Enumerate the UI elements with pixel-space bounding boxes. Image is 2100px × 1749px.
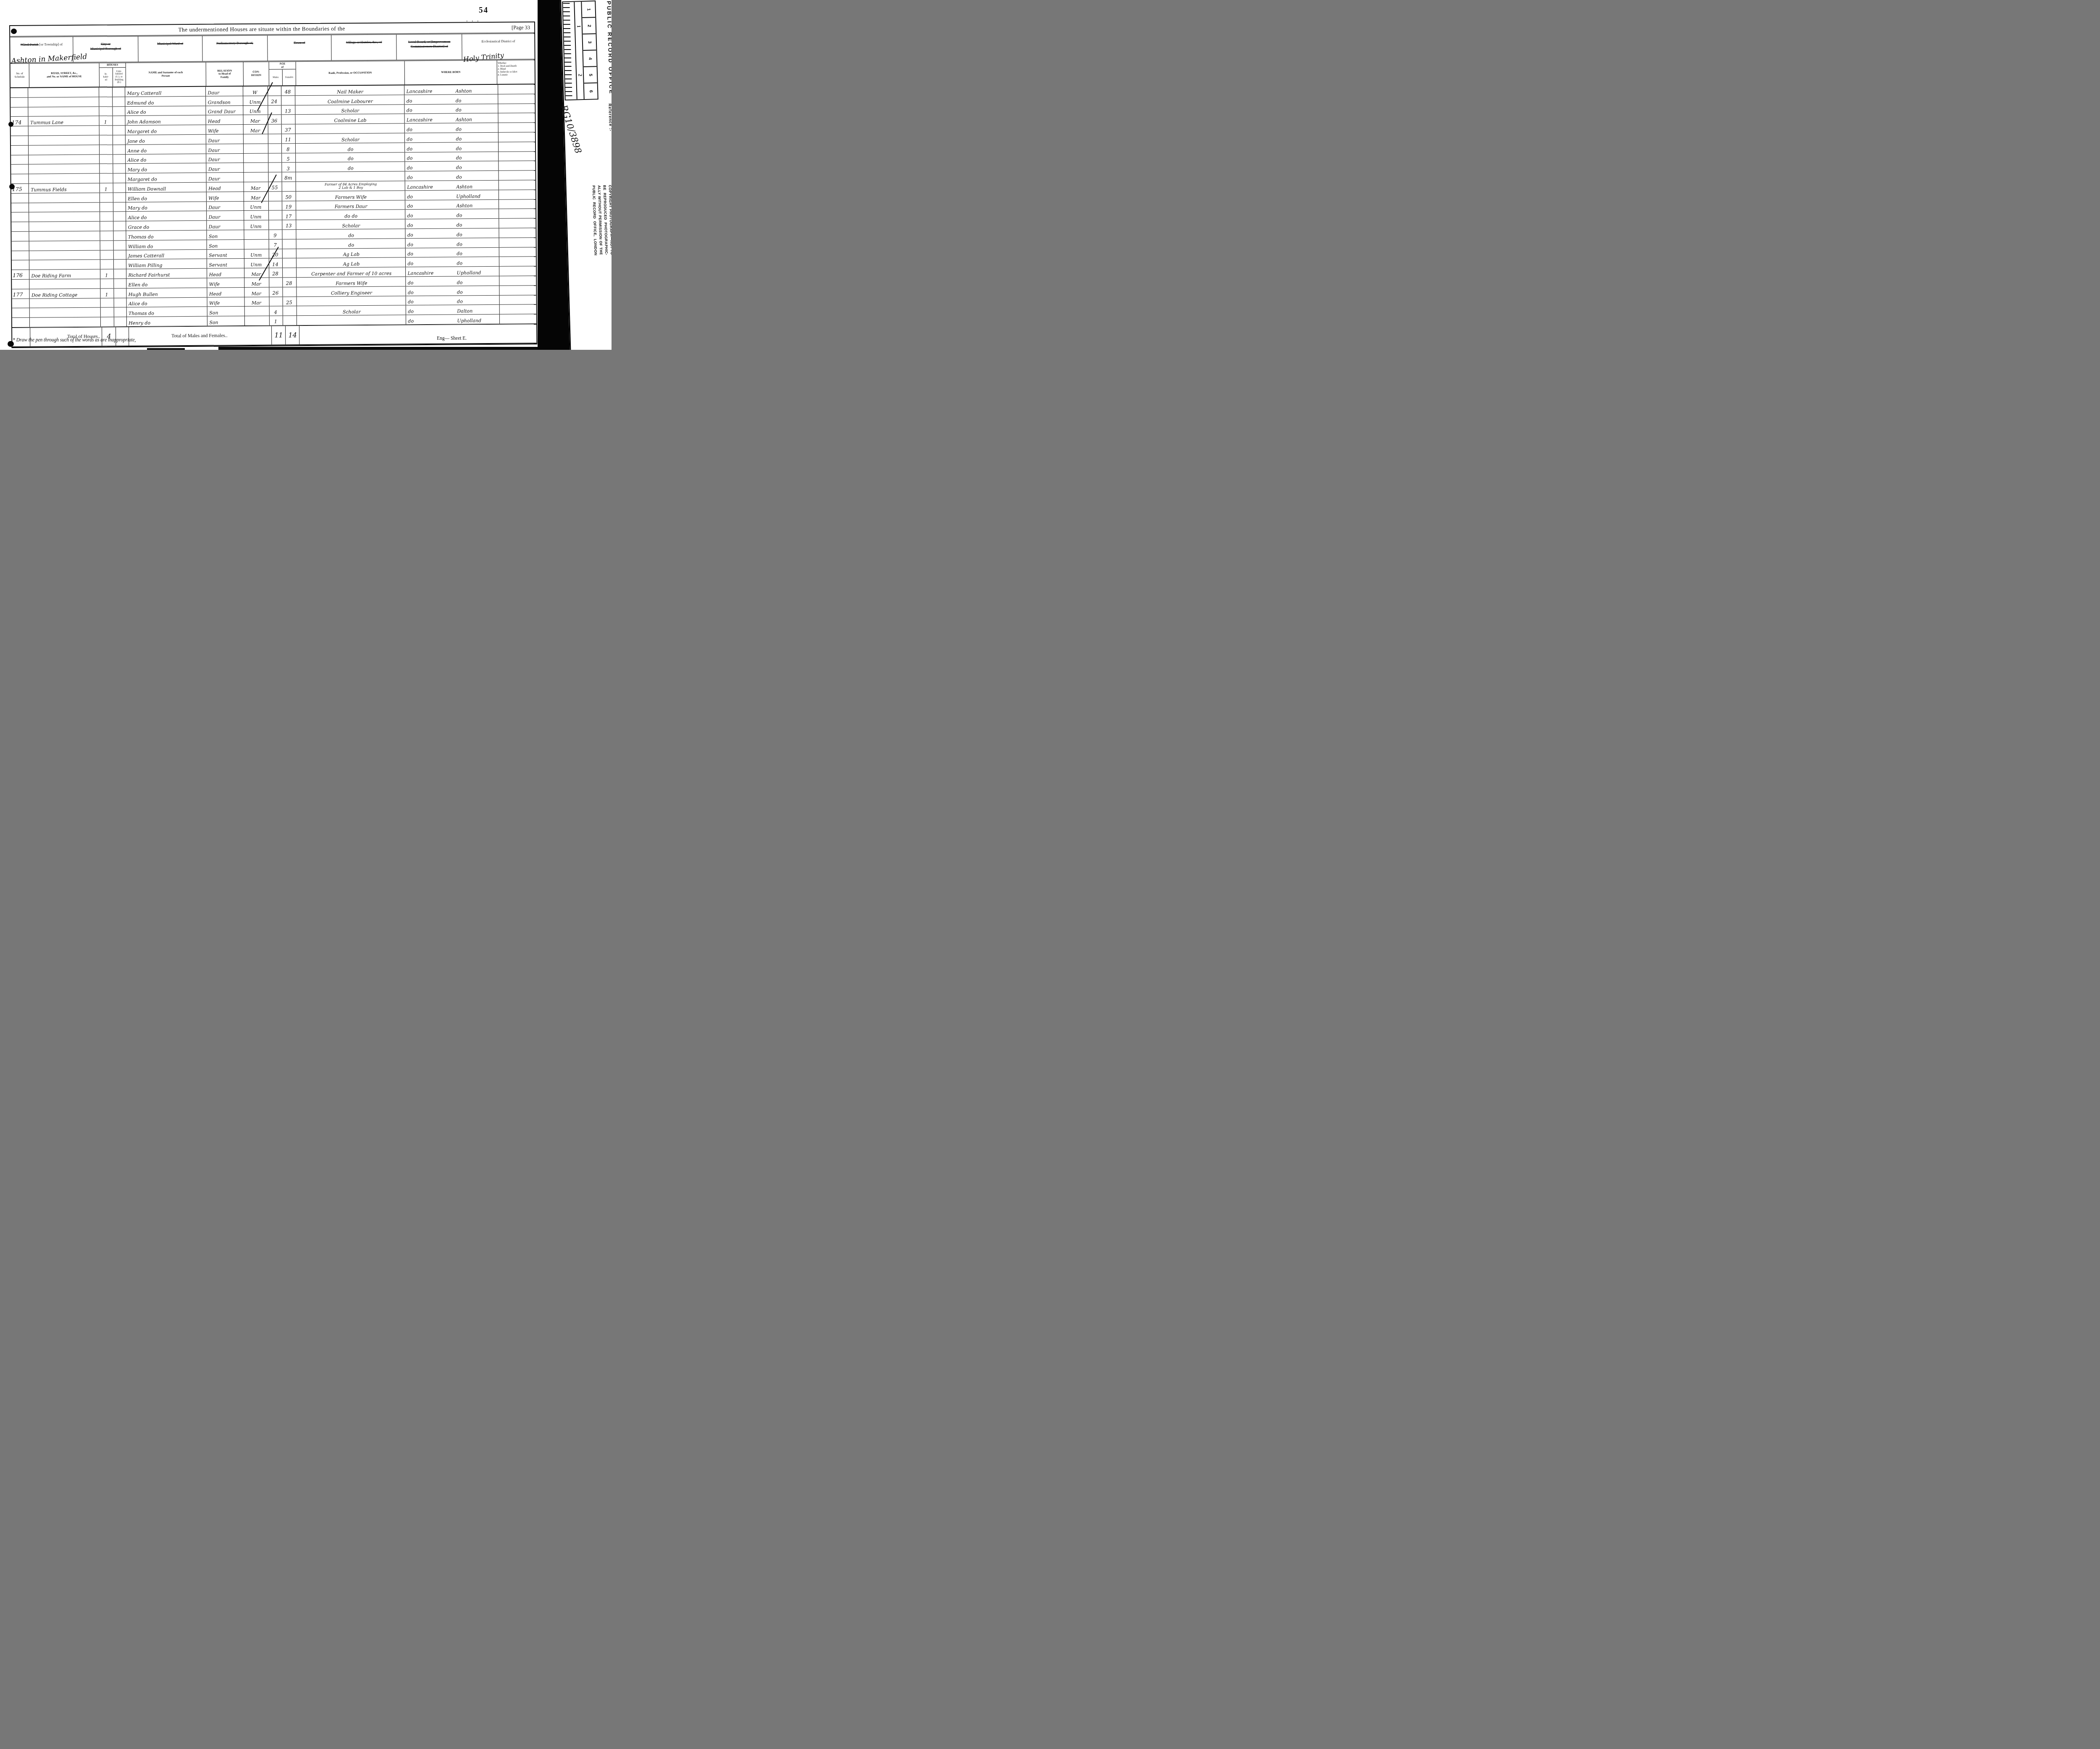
- cell-age_female: 13: [282, 220, 296, 229]
- cell-condition: Mar: [244, 287, 269, 296]
- cell-age_male: [269, 201, 283, 210]
- cell-born_place: Upholland: [452, 267, 499, 276]
- cell-disability: [499, 314, 537, 323]
- cell-uninhabited: [114, 231, 126, 240]
- cell-born_county: do: [406, 296, 453, 305]
- cell-name: Alice do: [126, 211, 207, 221]
- cell-inhabited: 1: [100, 183, 114, 192]
- cell-age_female: [281, 96, 295, 105]
- cell-relation: Servant: [207, 259, 244, 268]
- cell-born_place: do: [451, 142, 498, 152]
- cell-name: Alice do: [126, 106, 206, 115]
- cell-uninhabited: [113, 155, 126, 164]
- field-town: Town of: [268, 35, 332, 61]
- cell-schedule: [12, 260, 30, 270]
- cell-relation: Grand Daur: [206, 106, 244, 115]
- cell-born_place: do: [452, 238, 499, 248]
- cell-age_male: [268, 134, 282, 143]
- col-age-group: AGE of Males Females: [269, 62, 296, 85]
- cell-road: [29, 126, 100, 136]
- cell-occupation: [296, 172, 405, 182]
- col-uninhabited: Unin- habited (U.), or Building (B.): [113, 68, 125, 87]
- col-houses-title: HOUSES: [100, 63, 125, 68]
- cell-born_place: do: [452, 257, 499, 267]
- cell-condition: [244, 173, 269, 182]
- col-age-females: Females: [283, 69, 296, 85]
- cell-born_county: do: [406, 229, 452, 239]
- cell-born_county: do: [406, 238, 452, 248]
- cell-condition: Unm: [244, 249, 269, 258]
- civil-parish-label: [or Township] of: [39, 42, 63, 46]
- village-label-struck: Village or Hamlet, &c., of: [346, 40, 382, 45]
- totals-uninhabited-cell: [116, 327, 129, 346]
- cell-born_county: Lancashire: [405, 114, 451, 123]
- cell-schedule: [11, 193, 29, 202]
- cell-name: Margaret do: [126, 173, 207, 183]
- scan-speck: [8, 122, 13, 127]
- cell-occupation: do: [296, 143, 405, 153]
- cell-schedule: [11, 232, 29, 241]
- cell-born_county: Lancashire: [406, 267, 452, 277]
- cell-inhabited: [100, 164, 113, 173]
- cell-uninhabited: [113, 145, 126, 154]
- cell-born_county: do: [405, 171, 452, 181]
- cell-road: Doe Riding Farm: [29, 270, 100, 279]
- cell-occupation: Scholar: [296, 220, 406, 230]
- cell-age_female: 8: [282, 144, 296, 153]
- cell-road: [29, 193, 100, 202]
- cell-age_female: [283, 230, 297, 239]
- cell-born_place: do: [452, 209, 499, 219]
- ruler-cell: 2: [582, 18, 596, 34]
- cell-uninhabited: [114, 269, 126, 278]
- cell-name: Henry do: [127, 317, 207, 326]
- cell-inhabited: [100, 155, 113, 164]
- cell-inhabited: [100, 202, 114, 212]
- cell-born_place: Ashton: [451, 113, 498, 123]
- cell-name: William Downall: [126, 183, 207, 192]
- cell-condition: [244, 230, 269, 239]
- cell-road: [29, 155, 100, 164]
- cell-born_county: do: [406, 248, 452, 257]
- cell-inhabited: [100, 279, 114, 288]
- cell-relation: Head: [207, 182, 244, 191]
- cell-uninhabited: [113, 202, 126, 212]
- cell-schedule: [11, 174, 29, 184]
- cell-disability: [498, 84, 535, 94]
- field-village: Village or Hamlet, &c., of: [332, 35, 397, 60]
- total-females-value: 14: [286, 326, 299, 344]
- cell-inhabited: 1: [100, 288, 114, 298]
- cell-disability: [498, 94, 535, 103]
- cell-occupation: Ag Lab: [296, 248, 406, 258]
- cell-schedule: [12, 318, 30, 327]
- cell-condition: Unm: [243, 105, 268, 115]
- cell-uninhabited: [113, 164, 126, 173]
- cell-occupation: Nail Maker: [295, 85, 405, 95]
- col-name: NAME and Surname of each Person: [126, 63, 206, 87]
- cell-relation: Son: [207, 316, 245, 325]
- col-schedule: No. of Schedule: [10, 64, 29, 87]
- cell-born_place: do: [451, 123, 498, 133]
- cell-inhabited: 1: [100, 269, 114, 278]
- film-streak: [218, 347, 538, 350]
- cell-age_female: 5: [282, 153, 296, 163]
- cell-disability: [499, 209, 536, 218]
- cell-occupation: do: [296, 229, 406, 239]
- cell-condition: [245, 307, 270, 316]
- cell-road: [29, 231, 100, 241]
- cell-inhabited: [100, 193, 114, 202]
- cell-age_female: [283, 268, 297, 277]
- copyright-notice: COPYRIGHT PHOTOGRAPH—NOT TO BE REPRODUCE…: [591, 185, 612, 255]
- cell-inhabited: [100, 135, 113, 144]
- cell-born_county: do: [405, 133, 451, 143]
- cell-schedule: [10, 88, 29, 97]
- cell-uninhabited: [114, 241, 126, 250]
- cell-condition: Mar: [244, 278, 269, 287]
- cell-inhabited: [100, 221, 114, 231]
- cell-condition: Mar: [244, 115, 268, 124]
- cell-disability: [499, 228, 536, 237]
- cell-born_county: do: [405, 162, 452, 171]
- cell-age_male: [268, 163, 282, 172]
- cell-occupation: Farmer of 84 Acres Employing 2 Lab & 1 B…: [296, 181, 405, 191]
- cell-born_place: do: [453, 286, 499, 296]
- cell-occupation: Coalmine Lab: [295, 114, 405, 124]
- census-table-body: Mary CatterallDaurW48Nail MakerLancashir…: [10, 84, 536, 328]
- cell-uninhabited: [113, 87, 125, 97]
- col-condition: CON- DITION: [244, 62, 269, 86]
- cell-name: Mary Catterall: [125, 87, 206, 97]
- cell-age_female: 17: [282, 211, 296, 220]
- cell-road: [30, 298, 101, 308]
- cell-relation: Daur: [207, 211, 244, 220]
- cell-age_male: [268, 153, 282, 163]
- cell-disability: [499, 257, 536, 266]
- cell-name: Edmund do: [125, 97, 206, 106]
- ruler-cell-number: 6: [588, 90, 593, 92]
- cell-road: Tummus Fields: [29, 183, 100, 193]
- cell-relation: Servant: [207, 249, 244, 259]
- cell-uninhabited: [114, 221, 126, 231]
- cell-occupation: do: [296, 152, 405, 163]
- cell-schedule: [11, 126, 29, 136]
- cell-occupation: [295, 124, 405, 134]
- cell-born_county: do: [405, 210, 452, 219]
- cell-occupation: Scholar: [295, 133, 405, 143]
- cell-age_female: 25: [283, 297, 297, 306]
- cell-road: [29, 222, 100, 231]
- cell-occupation: [297, 296, 406, 306]
- cell-name: John Adamson: [126, 115, 206, 125]
- cell-name: William do: [126, 240, 207, 249]
- cell-schedule: [10, 107, 29, 116]
- cell-disability: [499, 180, 536, 189]
- cell-disability: [498, 142, 535, 151]
- col-where-born: WHERE BORN: [404, 60, 497, 85]
- ruler-cell-number: 2: [586, 24, 591, 27]
- page-label: [Page 33: [512, 24, 533, 31]
- cell-name: Anne do: [126, 144, 206, 154]
- cell-schedule: [11, 212, 29, 222]
- ruler-cell: 6: [584, 83, 598, 99]
- cell-age_female: [282, 182, 296, 191]
- total-males-females-label: Total of Males and Females..: [129, 326, 272, 346]
- cell-age_male: 26: [269, 287, 283, 296]
- cell-occupation: Farmers Wife: [297, 277, 406, 287]
- cell-disability: [499, 152, 536, 161]
- cell-born_county: Lancashire: [404, 85, 451, 95]
- cell-road: [29, 241, 100, 250]
- cell-name: Ellen do: [126, 192, 207, 202]
- total-males-value: 11: [272, 326, 286, 344]
- cell-age_female: 19: [282, 201, 296, 210]
- cell-occupation: [297, 315, 406, 325]
- cell-schedule: [12, 308, 30, 317]
- ruler-cell: 3: [583, 34, 596, 51]
- local-board-label-struck: Local Board, or [Improvement Commissione…: [408, 40, 451, 48]
- cell-inhabited: [99, 87, 113, 97]
- cell-age_male: [268, 105, 282, 115]
- cell-name: Mary do: [126, 202, 207, 211]
- cell-age_male: [268, 125, 282, 134]
- cell-age_female: 50: [282, 191, 296, 201]
- cell-road: [30, 279, 101, 288]
- cell-relation: Son: [207, 230, 244, 239]
- cell-age_male: 9: [269, 230, 283, 239]
- scan-speck: [9, 184, 15, 189]
- cell-relation: Wife: [207, 192, 244, 201]
- cell-road: [29, 145, 100, 155]
- ruler-cell-number: 4: [587, 57, 592, 60]
- eccl-district-label: Ecclesiastical District of: [481, 39, 515, 44]
- cell-age_female: [283, 249, 297, 258]
- cell-inhabited: [101, 308, 115, 317]
- pro-office-label: PUBLIC RECORD OFFICE: [606, 1, 612, 95]
- cell-age_male: 4: [269, 307, 283, 316]
- cell-road: [29, 250, 100, 260]
- cell-inhabited: [99, 107, 113, 116]
- cell-condition: Mar: [245, 297, 270, 306]
- ruler-cell-number: 1: [586, 8, 591, 10]
- cell-born_county: do: [405, 152, 452, 162]
- cell-uninhabited: [113, 183, 126, 192]
- cell-name: Richard Fairhurst: [126, 269, 207, 278]
- cell-born_county: do: [406, 286, 453, 296]
- cell-age_male: [269, 297, 283, 306]
- cell-age_male: [268, 144, 282, 153]
- cell-age_male: [269, 211, 283, 220]
- cell-age_female: 37: [282, 124, 296, 134]
- field-local-board: Local Board, or [Improvement Commissione…: [396, 34, 462, 60]
- cell-age_female: 3: [282, 163, 296, 172]
- cell-relation: Head: [206, 115, 244, 125]
- cell-uninhabited: [114, 307, 127, 317]
- cell-name: Thomas do: [127, 307, 207, 317]
- cell-condition: W: [243, 87, 268, 96]
- cell-uninhabited: [114, 260, 126, 269]
- form-title: The undermentioned Houses are situate wi…: [12, 24, 512, 34]
- cell-schedule: [10, 97, 29, 107]
- cell-born_place: Dalton: [453, 305, 499, 315]
- cell-name: William Pilling: [126, 259, 207, 269]
- cell-uninhabited: [114, 288, 127, 298]
- scan-speck: [11, 29, 17, 34]
- ruler-cell: 1: [582, 1, 595, 18]
- cell-road: [29, 164, 100, 174]
- cell-age_female: [283, 307, 297, 316]
- cell-age_female: [283, 259, 297, 268]
- cell-born_place: Upholland: [453, 315, 499, 324]
- cell-occupation: do do: [296, 210, 406, 220]
- cell-disability: [499, 190, 536, 199]
- cell-relation: Daur: [206, 87, 243, 96]
- cell-born_place: do: [453, 276, 499, 286]
- cell-road: [30, 308, 101, 317]
- cell-schedule: [11, 136, 29, 145]
- cell-condition: Unm: [244, 211, 269, 220]
- cell-born_place: do: [452, 152, 499, 161]
- scale-ruler: 12 123456: [562, 0, 598, 100]
- cell-schedule: [11, 155, 29, 164]
- cell-born_county: do: [406, 219, 452, 229]
- cell-born_county: do: [406, 315, 453, 325]
- totals-schedule-cell: [12, 328, 30, 346]
- scan-speck: [8, 341, 14, 347]
- cell-disability: [499, 170, 536, 180]
- cell-road: [29, 107, 100, 116]
- cell-uninhabited: [114, 298, 127, 307]
- cell-occupation: Farmers Daur: [296, 200, 406, 210]
- cell-uninhabited: [113, 193, 126, 202]
- col-age-title: AGE of: [269, 62, 296, 70]
- cell-condition: [244, 144, 268, 153]
- cell-born_county: do: [406, 305, 453, 315]
- cell-uninhabited: [113, 212, 126, 221]
- cell-disability: [498, 132, 535, 142]
- cell-age_male: [269, 220, 283, 230]
- cell-relation: Son: [207, 240, 244, 249]
- ruler-cells: 123456: [582, 1, 597, 99]
- cell-road: Doe Riding Cottage: [30, 288, 101, 298]
- cell-condition: [244, 239, 269, 249]
- cell-schedule: 177: [12, 289, 30, 298]
- cell-relation: Daur: [207, 173, 244, 182]
- cell-occupation: Coalmine Labourer: [295, 95, 405, 105]
- cell-disability: [499, 161, 536, 170]
- field-ecclesiastical-district: Ecclesiastical District of Holy Trinity: [462, 34, 535, 59]
- cell-relation: Daur: [207, 220, 244, 230]
- cell-condition: Mar: [244, 182, 269, 191]
- cell-age_male: 1: [270, 316, 283, 325]
- cell-born_county: do: [405, 104, 451, 114]
- cell-born_place: do: [452, 247, 499, 257]
- cell-road: [29, 97, 100, 107]
- cell-road: [29, 174, 100, 184]
- cell-relation: Daur: [207, 154, 244, 163]
- cell-name: Alice do: [127, 297, 207, 307]
- cell-uninhabited: [113, 173, 126, 183]
- town-label-struck: Town of: [294, 41, 305, 45]
- cell-uninhabited: [113, 97, 126, 106]
- cell-disability: [499, 276, 537, 285]
- cell-schedule: [11, 222, 29, 231]
- cell-schedule: [12, 299, 30, 308]
- cell-road: [29, 212, 100, 222]
- cell-road: [28, 88, 99, 97]
- ruler-inch-number: 2: [577, 73, 583, 76]
- cell-occupation: Scholar: [295, 105, 405, 115]
- page-number: 54: [479, 6, 488, 15]
- cell-age_female: 48: [281, 86, 295, 95]
- cell-inhabited: [100, 145, 113, 154]
- cell-age_male: 7: [269, 239, 283, 249]
- cell-relation: Grandson: [206, 96, 244, 105]
- column-headers: No. of Schedule ROAD, STREET, &c., and N…: [10, 60, 535, 88]
- cell-born_county: do: [405, 142, 451, 152]
- cell-relation: Head: [207, 288, 245, 297]
- cell-born_place: Ashton: [452, 181, 499, 190]
- cell-schedule: [12, 241, 30, 250]
- cell-inhabited: [100, 231, 114, 240]
- cell-condition: [244, 163, 268, 172]
- cell-relation: Daur: [206, 144, 244, 153]
- cell-occupation: Scholar: [297, 306, 406, 316]
- cell-relation: Wife: [206, 125, 244, 134]
- cell-disability: [498, 104, 535, 113]
- cell-condition: Unm: [244, 259, 269, 268]
- cell-occupation: Farmers Wife: [296, 191, 405, 201]
- cell-schedule: [12, 280, 30, 289]
- field-municipal-ward: Municipal Ward of: [138, 36, 202, 62]
- cell-name: Alice do: [126, 154, 206, 163]
- cell-born_place: do: [452, 219, 499, 228]
- cell-uninhabited: [113, 116, 126, 125]
- cell-schedule: [12, 251, 30, 260]
- cell-born_county: do: [406, 257, 452, 267]
- cell-relation: Head: [207, 268, 245, 278]
- ruler-inch-number: 1: [575, 25, 582, 27]
- cell-disability: [498, 113, 535, 123]
- total-houses-value: 4: [102, 327, 116, 346]
- cell-name: Margaret do: [126, 125, 206, 135]
- cell-born_county: do: [405, 200, 452, 210]
- cell-born_place: do: [451, 133, 498, 142]
- cell-age_female: 13: [281, 105, 295, 115]
- cell-uninhabited: [114, 250, 126, 260]
- cell-age_male: [269, 278, 283, 287]
- cell-disability: [499, 305, 537, 314]
- cell-born_place: do: [452, 228, 499, 238]
- cell-uninhabited: [113, 126, 126, 135]
- cell-occupation: Colliery Engineer: [297, 286, 406, 296]
- cell-uninhabited: [114, 317, 127, 326]
- cell-name: James Catterall: [126, 249, 207, 259]
- reference-label: Reference :-: [607, 103, 612, 131]
- cell-disability: [499, 295, 537, 304]
- ruler-cell: 5: [584, 67, 597, 84]
- cell-relation: Son: [207, 307, 245, 316]
- ruler-cell: 4: [583, 50, 597, 67]
- cell-age_male: 55: [268, 182, 282, 191]
- cell-schedule: 176: [12, 270, 30, 279]
- cell-inhabited: [100, 212, 114, 221]
- cell-age_female: [282, 115, 296, 124]
- cell-age_female: [283, 287, 297, 296]
- cell-occupation: do: [296, 239, 406, 249]
- census-form: The undermentioned Houses are situate wi…: [9, 21, 537, 348]
